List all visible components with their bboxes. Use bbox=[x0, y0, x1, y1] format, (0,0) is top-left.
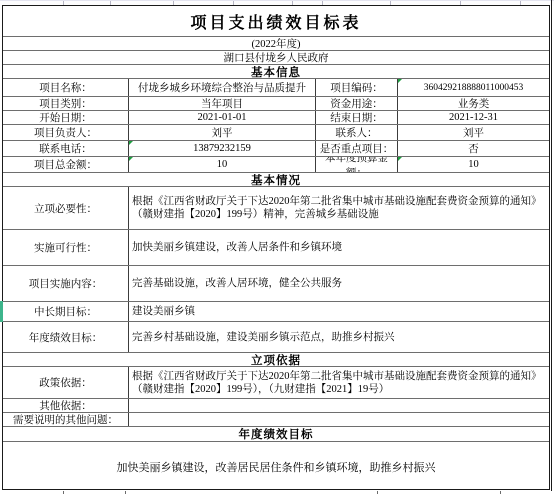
section-header-row-basic-info: 基本信息 bbox=[3, 65, 549, 79]
sheet-right-border bbox=[551, 0, 552, 494]
value-other-basis[interactable] bbox=[128, 399, 549, 412]
org-cell[interactable]: 湖口县付垅乡人民政府 bbox=[3, 51, 549, 64]
info-row-persons: 项目负责人： 刘平 联系人： 刘平 bbox=[3, 125, 549, 141]
info-row-dates: 开始日期： 2021-01-01 结束日期： 2021-12-31 bbox=[3, 111, 549, 125]
section-header-row-project-basis: 立项依据 bbox=[3, 353, 549, 367]
error-check-triangle-icon bbox=[129, 141, 133, 145]
section-header-annual-target: 年度绩效目标 bbox=[3, 427, 549, 441]
label-project-type: 项目类别： bbox=[3, 97, 128, 110]
value-total-amount[interactable]: 10 bbox=[128, 157, 315, 172]
row-policy-basis: 政策依据： 根据《江西省财政厅关于下达2020年第二批省集中城市基础设施配套费资… bbox=[3, 367, 549, 399]
value-necessity[interactable]: 根据《江西省财政厅关于下达2020年第二批省集中城市基础设施配套费资金预算的通知… bbox=[128, 187, 549, 229]
row-feasibility: 实施可行性： 加快美丽乡镇建设，改善人居条件和乡镇环境 bbox=[3, 230, 549, 266]
row-other-basis: 其他依据： bbox=[3, 399, 549, 413]
info-row-project-name: 项目名称： 付垅乡城乡环境综合整治与品质提升 项目编码： 36042921888… bbox=[3, 79, 549, 97]
info-row-phone: 联系电话： 13879232159 是否重点项目： 否 bbox=[3, 141, 549, 157]
section-header-row-annual-target: 年度绩效目标 bbox=[3, 427, 549, 442]
section-header-row-basic-situation: 基本情况 bbox=[3, 173, 549, 187]
value-end-date[interactable]: 2021-12-31 bbox=[397, 111, 549, 124]
info-row-project-type: 项目类别： 当年项目 资金用途： 业务类 bbox=[3, 97, 549, 111]
info-row-amounts: 项目总金额： 10 本年度预算金额： 10 bbox=[3, 157, 549, 173]
label-necessity: 立项必要性： bbox=[3, 187, 128, 229]
value-fund-use[interactable]: 业务类 bbox=[397, 97, 549, 110]
value-implementation-content[interactable]: 完善基础设施，改善人居环境，健全公共服务 bbox=[128, 266, 549, 301]
label-policy-basis: 政策依据： bbox=[3, 367, 128, 398]
row-necessity: 立项必要性： 根据《江西省财政厅关于下达2020年第二批省集中城市基础设施配套费… bbox=[3, 187, 549, 230]
label-other-issues: 需要说明的其他问题： bbox=[3, 413, 128, 426]
error-check-triangle-icon bbox=[398, 79, 402, 83]
page-title-cell: 项目支出绩效目标表 bbox=[3, 6, 549, 36]
label-phone: 联系电话： bbox=[3, 141, 128, 156]
value-policy-basis[interactable]: 根据《江西省财政厅关于下达2020年第二批省集中城市基础设施配套费资金预算的通知… bbox=[128, 367, 549, 398]
label-start-date: 开始日期： bbox=[3, 111, 128, 124]
value-project-code[interactable]: 360429218888011000453 bbox=[397, 79, 549, 96]
label-project-code: 项目编码： bbox=[315, 79, 397, 96]
value-phone[interactable]: 13879232159 bbox=[128, 141, 315, 156]
label-contact-person: 联系人： bbox=[315, 125, 397, 140]
row-annual-target-content: 加快美丽乡镇建设，改善居民居住条件和乡镇环境，助推乡村振兴 bbox=[3, 442, 549, 491]
org-name: 湖口县付垅乡人民政府 bbox=[224, 51, 329, 64]
value-annual-budget[interactable]: 10 bbox=[397, 157, 549, 172]
label-project-name: 项目名称： bbox=[3, 79, 128, 96]
label-fund-use: 资金用途： bbox=[315, 97, 397, 110]
value-mid-long-term-goal[interactable]: 建设美丽乡镇 bbox=[128, 302, 549, 321]
value-annual-performance-goal[interactable]: 完善乡村基础设施，建设美丽乡镇示范点，助推乡村振兴 bbox=[128, 322, 549, 352]
label-feasibility: 实施可行性： bbox=[3, 230, 128, 265]
row-annual-performance-goal: 年度绩效目标： 完善乡村基础设施，建设美丽乡镇示范点，助推乡村振兴 bbox=[3, 322, 549, 353]
label-key-project: 是否重点项目： bbox=[315, 141, 397, 156]
year-cell[interactable]: (2022年度) bbox=[3, 37, 549, 50]
form-table: 项目支出绩效目标表 (2022年度) 湖口县付垅乡人民政府 基本信息 项目名称：… bbox=[2, 5, 550, 490]
label-implementation-content: 项目实施内容： bbox=[3, 266, 128, 301]
value-project-name[interactable]: 付垅乡城乡环境综合整治与品质提升 bbox=[128, 79, 315, 96]
value-project-type[interactable]: 当年项目 bbox=[128, 97, 315, 110]
section-header-basic-info: 基本信息 bbox=[3, 65, 549, 78]
row-other-issues: 需要说明的其他问题： bbox=[3, 413, 549, 427]
org-row: 湖口县付垅乡人民政府 bbox=[3, 51, 549, 65]
year-row: (2022年度) bbox=[3, 37, 549, 51]
row-mid-long-term-goal: 中长期目标： 建设美丽乡镇 bbox=[3, 302, 549, 322]
value-feasibility[interactable]: 加快美丽乡镇建设，改善人居条件和乡镇环境 bbox=[128, 230, 549, 265]
label-other-basis: 其他依据： bbox=[3, 399, 128, 412]
title-row: 项目支出绩效目标表 bbox=[3, 6, 549, 37]
label-annual-performance-goal: 年度绩效目标： bbox=[3, 322, 128, 352]
label-mid-long-term-goal: 中长期目标： bbox=[3, 302, 128, 321]
row-implementation-content: 项目实施内容： 完善基础设施，改善人居环境，健全公共服务 bbox=[3, 266, 549, 302]
section-header-basic-situation: 基本情况 bbox=[3, 173, 549, 186]
page-title: 项目支出绩效目标表 bbox=[190, 10, 361, 33]
performance-target-sheet: 项目支出绩效目标表 (2022年度) 湖口县付垅乡人民政府 基本信息 项目名称：… bbox=[0, 0, 554, 494]
value-project-leader[interactable]: 刘平 bbox=[128, 125, 315, 140]
value-key-project[interactable]: 否 bbox=[397, 141, 549, 156]
value-start-date[interactable]: 2021-01-01 bbox=[128, 111, 315, 124]
label-total-amount: 项目总金额： bbox=[3, 157, 128, 172]
value-other-issues[interactable] bbox=[128, 413, 549, 426]
label-end-date: 结束日期： bbox=[315, 111, 397, 124]
value-annual-target-content[interactable]: 加快美丽乡镇建设，改善居民居住条件和乡镇环境，助推乡村振兴 bbox=[3, 442, 549, 491]
label-annual-budget: 本年度预算金额： bbox=[315, 157, 397, 172]
year-text: (2022年度) bbox=[252, 37, 301, 50]
value-contact-person[interactable]: 刘平 bbox=[397, 125, 549, 140]
error-check-triangle-icon bbox=[129, 157, 133, 161]
label-project-leader: 项目负责人： bbox=[3, 125, 128, 140]
section-header-project-basis: 立项依据 bbox=[3, 353, 549, 366]
error-check-triangle-icon bbox=[398, 157, 402, 161]
